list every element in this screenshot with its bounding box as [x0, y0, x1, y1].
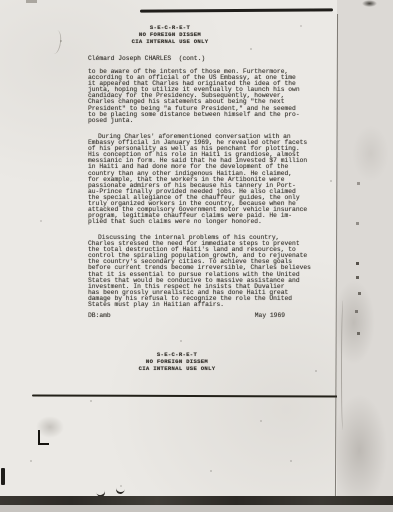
horizontal-rule	[32, 394, 344, 397]
film-scratch-mark	[140, 8, 333, 12]
document-page: S-E-C-R-E-T NO FOREIGN DISSEM CIA INTERN…	[0, 0, 337, 512]
classification-internal-line: CIA INTERNAL USE ONLY	[70, 38, 270, 45]
pen-hook-mark	[115, 482, 126, 494]
film-blotch	[362, 0, 377, 7]
scan-speckles	[60, 40, 62, 42]
scanned-document: S-E-C-R-E-T NO FOREIGN DISSEM CIA INTERN…	[0, 0, 393, 512]
classification-footer: S-E-C-R-E-T NO FOREIGN DISSEM CIA INTERN…	[77, 351, 277, 372]
paragraph-conversation: During Charles' aforementioned conversat…	[88, 134, 320, 225]
smudge-mark	[36, 416, 64, 438]
classification-secret-line: S-E-C-R-E-T	[70, 24, 270, 31]
film-speck-marks	[356, 262, 359, 265]
film-edge-right	[337, 0, 393, 512]
film-edge-bottom-bar	[0, 496, 393, 505]
document-title: Clémard Joseph CHARLES (cont.)	[88, 55, 205, 62]
classification-header: S-E-C-R-E-T NO FOREIGN DISSEM CIA INTERN…	[70, 24, 270, 45]
paragraph-internal-problems: Discussing the internal problems of his …	[88, 235, 320, 308]
classification-dissem-line: NO FOREIGN DISSEM	[77, 358, 277, 365]
typist-initials: DB:amb	[88, 312, 111, 319]
pen-squiggle-mark	[48, 29, 62, 54]
scan-edge-mark	[26, 0, 37, 3]
film-edge-tick	[1, 468, 5, 485]
scanner-background	[0, 505, 393, 512]
film-wrinkle-line	[341, 300, 345, 430]
classification-dissem-line: NO FOREIGN DISSEM	[70, 31, 270, 38]
classification-internal-line: CIA INTERNAL USE ONLY	[77, 365, 277, 372]
signoff-row: DB:amb May 1969	[88, 312, 285, 319]
classification-secret-line: S-E-C-R-E-T	[77, 351, 277, 358]
paragraph-continuation: to be aware of the intents of those men.…	[88, 69, 320, 124]
document-date: May 1969	[255, 312, 285, 319]
